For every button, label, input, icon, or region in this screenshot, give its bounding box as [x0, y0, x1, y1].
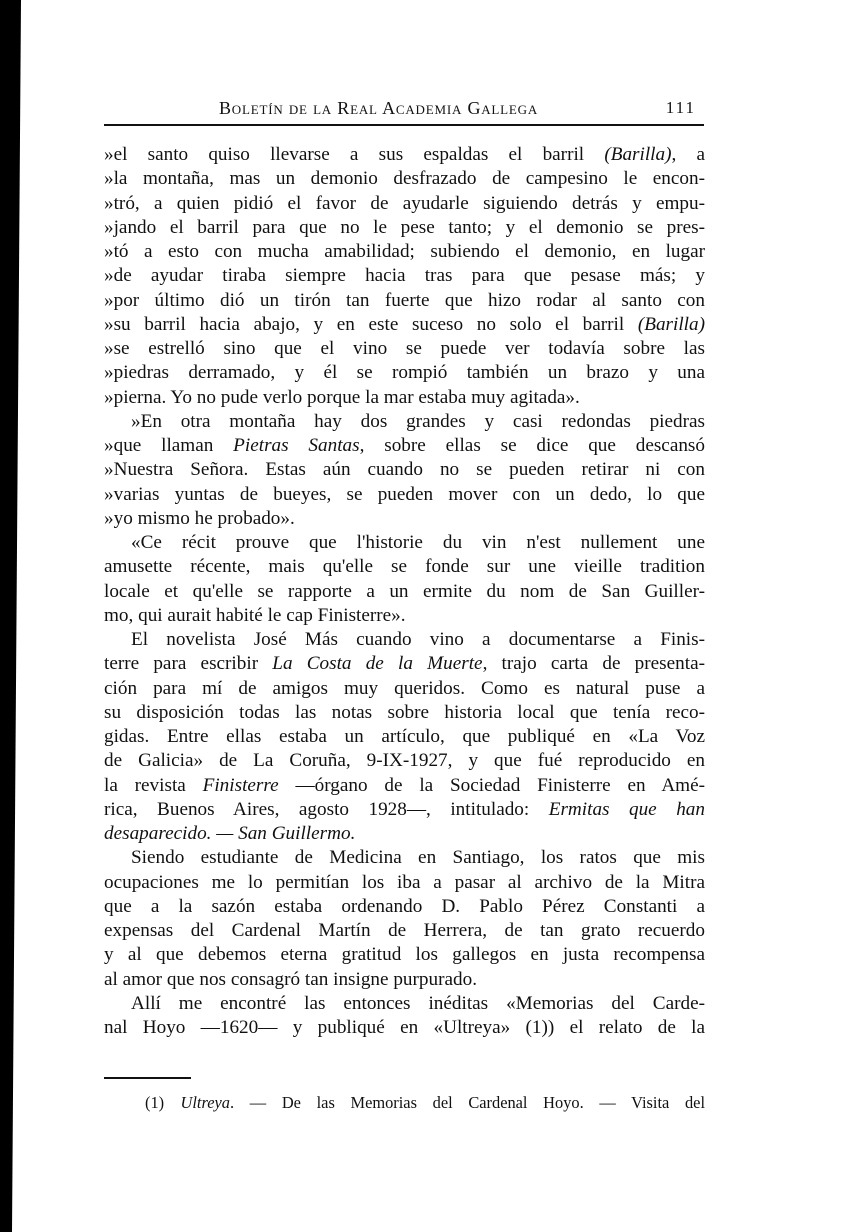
text-run: »la montaña, mas un demonio desfrazado d… — [104, 168, 705, 189]
text-line: terre para escribir La Costa de la Muert… — [104, 652, 705, 676]
text-line: desaparecido. — San Guillermo. — [104, 822, 705, 846]
running-head: Boletín de la Real Academia Gallega 111 — [104, 98, 704, 120]
text-line: »yo mismo he probado». — [104, 507, 705, 531]
text-run: que a la sazón estaba ordenando D. Pablo… — [104, 896, 705, 917]
text-line: »piedras derramado, y él se rompió tambi… — [104, 361, 705, 385]
text-run: »su barril hacia abajo, y en este suceso… — [104, 314, 638, 335]
text-run: »que llaman — [104, 435, 233, 456]
text-line: gidas. Entre ellas estaba un artículo, q… — [104, 725, 705, 749]
text-line: al amor que nos consagró tan insigne pur… — [104, 968, 705, 992]
text-run: »de ayudar tiraba siempre hacia tras par… — [104, 265, 705, 286]
text-line: »tó a esto con mucha amabilidad; subiend… — [104, 240, 705, 264]
text-line: »su barril hacia abajo, y en este suceso… — [104, 313, 705, 337]
text-run: la revista — [104, 775, 203, 796]
text-line: ción para mí de amigos muy queridos. Com… — [104, 677, 705, 701]
text-line: expensas del Cardenal Martín de Herrera,… — [104, 919, 705, 943]
text-line: Allí me encontré las entonces inéditas «… — [104, 992, 705, 1016]
italic-text: desaparecido. — San Guillermo. — [104, 823, 355, 844]
text-line: »jando el barril para que no le pese tan… — [104, 216, 705, 240]
italic-text: Ultreya — [181, 1093, 230, 1112]
text-run: »En otra montaña hay dos grandes y casi … — [131, 411, 705, 432]
text-line: »tró, a quien pidió el favor de ayudarle… — [104, 192, 705, 216]
text-line: ocupaciones me lo permitían los iba a pa… — [104, 871, 705, 895]
body-text: »el santo quiso llevarse a sus espaldas … — [104, 143, 705, 1040]
text-run: terre para escribir — [104, 653, 272, 674]
text-line: »varias yuntas de bueyes, se pueden move… — [104, 483, 705, 507]
text-run: , sobre ellas se dice que descansó — [360, 435, 705, 456]
text-run: al amor que nos consagró tan insigne pur… — [104, 969, 477, 990]
text-line: Siendo estudiante de Medicina en Santiag… — [104, 846, 705, 870]
text-run: »el santo quiso llevarse a sus espaldas … — [104, 144, 604, 165]
text-run: , trajo carta de presenta- — [483, 653, 705, 674]
journal-title: Boletín de la Real Academia Gallega — [219, 98, 538, 119]
text-run: , a — [671, 144, 705, 165]
text-run: El novelista José Más cuando vino a docu… — [131, 629, 705, 650]
italic-text: La Costa de la Muerte — [272, 653, 482, 674]
text-line: El novelista José Más cuando vino a docu… — [104, 628, 705, 652]
header-rule — [104, 124, 704, 126]
text-line: locale et qu'elle se rapporte a un ermit… — [104, 580, 705, 604]
text-run: ción para mí de amigos muy queridos. Com… — [104, 678, 705, 699]
text-line: rica, Buenos Aires, agosto 1928—, intitu… — [104, 798, 705, 822]
text-line: »se estrelló sino que el vino se puede v… — [104, 337, 705, 361]
text-line: y al que debemos eterna gratitud los gal… — [104, 943, 705, 967]
text-run: »tó a esto con mucha amabilidad; subiend… — [104, 241, 705, 262]
text-run: Siendo estudiante de Medicina en Santiag… — [131, 847, 705, 868]
text-line: »por último dió un tirón tan fuerte que … — [104, 289, 705, 313]
text-line: la revista Finisterre —órgano de la Soci… — [104, 774, 705, 798]
text-run: de Galicia» de La Coruña, 9-IX-1927, y q… — [104, 750, 705, 771]
text-line: de Galicia» de La Coruña, 9-IX-1927, y q… — [104, 749, 705, 773]
italic-text: Pietras Santas — [233, 435, 359, 456]
text-run: mo, qui aurait habité le cap Finisterre»… — [104, 605, 406, 626]
text-line: que a la sazón estaba ordenando D. Pablo… — [104, 895, 705, 919]
text-line: »En otra montaña hay dos grandes y casi … — [104, 410, 705, 434]
text-line: »de ayudar tiraba siempre hacia tras par… — [104, 264, 705, 288]
text-run: —órgano de la Sociedad Finisterre en Amé… — [279, 775, 705, 796]
text-run: y al que debemos eterna gratitud los gal… — [104, 944, 705, 965]
scan-border — [0, 0, 22, 1232]
text-run: »Nuestra Señora. Estas aún cuando no se … — [104, 459, 705, 480]
text-run: rica, Buenos Aires, agosto 1928—, intitu… — [104, 799, 549, 820]
italic-text: (Barilla) — [638, 314, 705, 335]
text-line: »que llaman Pietras Santas, sobre ellas … — [104, 434, 705, 458]
text-run: gidas. Entre ellas estaba un artículo, q… — [104, 726, 705, 747]
text-run: locale et qu'elle se rapporte a un ermit… — [104, 581, 705, 602]
text-line: nal Hoyo —1620— y publiqué en «Ultreya» … — [104, 1016, 705, 1040]
text-run: ocupaciones me lo permitían los iba a pa… — [104, 872, 705, 893]
text-run: »jando el barril para que no le pese tan… — [104, 217, 705, 238]
text-run: »por último dió un tirón tan fuerte que … — [104, 290, 705, 311]
footnote: (1) Ultreya. — De las Memorias del Carde… — [145, 1093, 705, 1113]
text-run: . — De las Memorias del Cardenal Hoyo. —… — [230, 1093, 705, 1112]
text-run: »se estrelló sino que el vino se puede v… — [104, 338, 705, 359]
italic-text: Finisterre — [203, 775, 279, 796]
text-run: »pierna. Yo no pude verlo porque la mar … — [104, 387, 580, 408]
text-line: »la montaña, mas un demonio desfrazado d… — [104, 167, 705, 191]
text-run: »yo mismo he probado». — [104, 508, 295, 529]
italic-text: Ermitas que han — [549, 799, 705, 820]
text-line: mo, qui aurait habité le cap Finisterre»… — [104, 604, 705, 628]
text-run: su disposición todas las notas sobre his… — [104, 702, 705, 723]
footnote-marker: (1) — [145, 1093, 181, 1112]
text-line: »el santo quiso llevarse a sus espaldas … — [104, 143, 705, 167]
italic-text: (Barilla) — [604, 144, 671, 165]
text-line: «Ce récit prouve que l'historie du vin n… — [104, 531, 705, 555]
text-run: nal Hoyo —1620— y publiqué en «Ultreya» … — [104, 1017, 705, 1038]
text-run: »tró, a quien pidió el favor de ayudarle… — [104, 193, 705, 214]
footnote-rule — [104, 1077, 191, 1079]
text-line: su disposición todas las notas sobre his… — [104, 701, 705, 725]
text-run: »piedras derramado, y él se rompió tambi… — [104, 362, 705, 383]
text-run: amusette récente, mais qu'elle se fonde … — [104, 556, 705, 577]
text-line: »pierna. Yo no pude verlo porque la mar … — [104, 386, 705, 410]
text-line: »Nuestra Señora. Estas aún cuando no se … — [104, 458, 705, 482]
text-run: «Ce récit prouve que l'historie du vin n… — [131, 532, 705, 553]
text-run: Allí me encontré las entonces inéditas «… — [131, 993, 705, 1014]
text-run: expensas del Cardenal Martín de Herrera,… — [104, 920, 705, 941]
page-number: 111 — [666, 98, 696, 118]
text-run: »varias yuntas de bueyes, se pueden move… — [104, 484, 705, 505]
text-line: amusette récente, mais qu'elle se fonde … — [104, 555, 705, 579]
